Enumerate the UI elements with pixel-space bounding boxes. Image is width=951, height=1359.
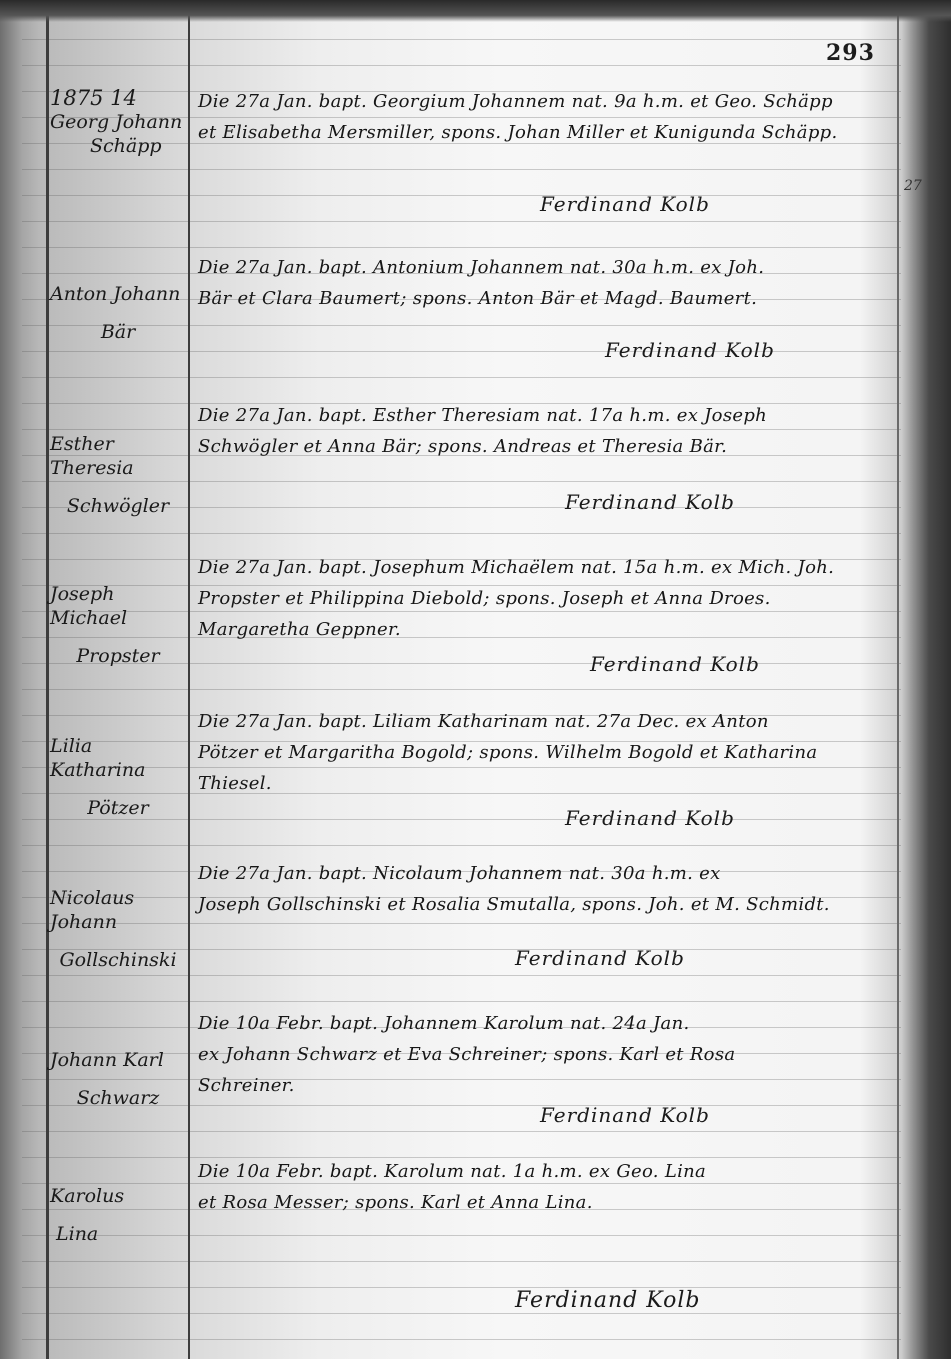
child-name-cell: Johann Karl Schwarz	[50, 1048, 186, 1110]
page-top-shadow	[0, 0, 951, 22]
entry-line: Joseph Gollschinski et Rosalia Smutalla,…	[198, 889, 888, 920]
entry-line: Die 27a Jan. bapt. Liliam Katharinam nat…	[198, 706, 888, 737]
child-name-cell: Joseph Michael Propster	[50, 582, 186, 668]
entry-text: Die 27a Jan. bapt. Josephum Michaëlem na…	[198, 552, 888, 645]
entry-line: Die 27a Jan. bapt. Esther Theresiam nat.…	[198, 400, 888, 431]
child-surname: Schwarz	[50, 1086, 186, 1110]
entry-line: Die 27a Jan. bapt. Josephum Michaëlem na…	[198, 552, 888, 583]
child-given-name: Joseph Michael	[50, 582, 186, 630]
entry-line: Margaretha Geppner.	[198, 614, 888, 645]
entry-text: Die 27a Jan. bapt. Esther Theresiam nat.…	[198, 400, 888, 462]
child-surname: Lina	[56, 1222, 186, 1246]
child-name-cell: Anton Johann Bär	[50, 282, 186, 344]
entry-line: et Rosa Messer; spons. Karl et Anna Lina…	[198, 1187, 888, 1218]
entry-text: Die 10a Febr. bapt. Karolum nat. 1a h.m.…	[198, 1156, 888, 1218]
priest-signature: Ferdinand Kolb	[515, 1288, 700, 1313]
child-name-cell: Lilia Katharina Pötzer	[50, 734, 186, 820]
entry-text: Die 10a Febr. bapt. Johannem Karolum nat…	[198, 1008, 888, 1101]
entry-line: Die 10a Febr. bapt. Karolum nat. 1a h.m.…	[198, 1156, 888, 1187]
entry-line: Pötzer et Margaritha Bogold; spons. Wilh…	[198, 737, 888, 768]
priest-signature: Ferdinand Kolb	[540, 192, 710, 216]
priest-signature: Ferdinand Kolb	[540, 1103, 710, 1127]
entry-text: Die 27a Jan. bapt. Georgium Johannem nat…	[198, 86, 888, 148]
priest-signature: Ferdinand Kolb	[605, 338, 775, 362]
margin-rule-right	[897, 14, 899, 1359]
priest-signature: Ferdinand Kolb	[565, 490, 735, 514]
page-left-edge	[0, 0, 22, 1359]
child-surname: Gollschinski	[50, 948, 186, 972]
child-given-name: Karolus	[50, 1184, 186, 1208]
child-given-name: Georg Johann	[50, 110, 186, 134]
page-number: 293	[826, 40, 875, 66]
entry-line: Schwögler et Anna Bär; spons. Andreas et…	[198, 431, 888, 462]
margin-rule-left	[46, 14, 49, 1359]
entry-line: Die 27a Jan. bapt. Nicolaum Johannem nat…	[198, 858, 888, 889]
child-given-name: Nicolaus Johann	[50, 886, 186, 934]
child-given-name: Esther Theresia	[50, 432, 186, 480]
child-name-cell: Karolus Lina	[50, 1184, 186, 1246]
entry-text: Die 27a Jan. bapt. Liliam Katharinam nat…	[198, 706, 888, 799]
entry-line: Thiesel.	[198, 768, 888, 799]
priest-signature: Ferdinand Kolb	[590, 652, 760, 676]
entry-line: Die 27a Jan. bapt. Antonium Johannem nat…	[198, 252, 888, 283]
entry-line: et Elisabetha Mersmiller, spons. Johan M…	[198, 117, 888, 148]
child-given-name: Lilia Katharina	[50, 734, 186, 782]
entry-line: Die 27a Jan. bapt. Georgium Johannem nat…	[198, 86, 888, 117]
priest-signature: Ferdinand Kolb	[515, 946, 685, 970]
entry-text: Die 27a Jan. bapt. Nicolaum Johannem nat…	[198, 858, 888, 920]
margin-mark: 27	[904, 178, 922, 194]
entry-line: Bär et Clara Baumert; spons. Anton Bär e…	[198, 283, 888, 314]
child-name-cell: 1875 14 Georg Johann Schäpp	[50, 86, 186, 158]
entry-line: Die 10a Febr. bapt. Johannem Karolum nat…	[198, 1008, 888, 1039]
child-name-cell: Esther Theresia Schwögler	[50, 432, 186, 518]
child-name-cell: Nicolaus Johann Gollschinski	[50, 886, 186, 972]
child-surname: Schäpp	[90, 134, 186, 158]
entry-line: Schreiner.	[198, 1070, 888, 1101]
child-surname: Pötzer	[50, 796, 186, 820]
child-surname: Bär	[50, 320, 186, 344]
priest-signature: Ferdinand Kolb	[565, 806, 735, 830]
child-given-name: Johann Karl	[50, 1048, 186, 1072]
register-year: 1875 14	[50, 86, 186, 110]
child-surname: Propster	[50, 644, 186, 668]
entry-line: Propster et Philippina Diebold; spons. J…	[198, 583, 888, 614]
entry-line: ex Johann Schwarz et Eva Schreiner; spon…	[198, 1039, 888, 1070]
book-binding	[901, 0, 951, 1359]
entry-text: Die 27a Jan. bapt. Antonium Johannem nat…	[198, 252, 888, 314]
child-surname: Schwögler	[50, 494, 186, 518]
child-given-name: Anton Johann	[50, 282, 186, 306]
column-rule-names	[188, 14, 190, 1359]
